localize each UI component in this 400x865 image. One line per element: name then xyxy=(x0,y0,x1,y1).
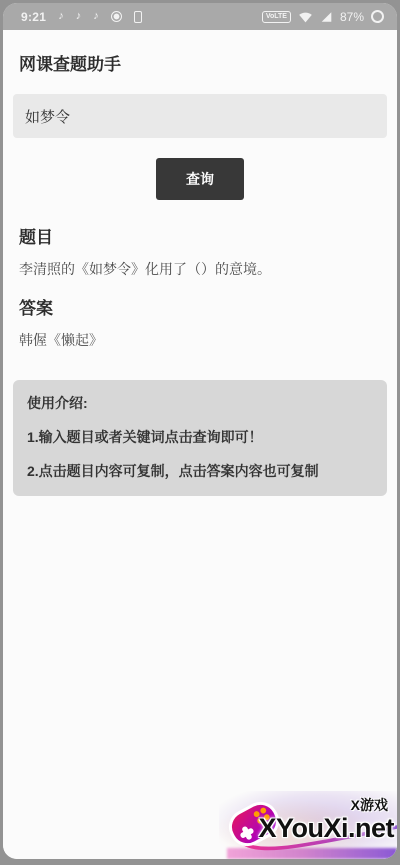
wifi-icon xyxy=(298,11,313,23)
cellular-signal-icon xyxy=(320,11,333,23)
music-note-icon: ♪ xyxy=(58,11,64,22)
status-bar-right: VoLTE 87% xyxy=(262,10,384,24)
music-note-icon: ♪ xyxy=(93,11,99,22)
question-label: 题目 xyxy=(19,226,381,250)
battery-percent: 87% xyxy=(340,10,364,24)
main-content: 网课查题助手 查询 题目 李清照的《如梦令》化用了（）的意境。 答案 韩偓《懒起… xyxy=(3,30,397,859)
usage-intro-title: 使用介绍: xyxy=(27,393,373,413)
usage-intro-line-2: 2.点击题目内容可复制，点击答案内容也可复制 xyxy=(27,461,373,481)
answer-label: 答案 xyxy=(19,297,381,321)
music-note-icon: ♪ xyxy=(76,11,82,22)
question-search-input[interactable] xyxy=(13,94,387,138)
battery-ring-icon xyxy=(371,10,384,23)
site-watermark: X游戏 XYouXi.net xyxy=(219,791,397,859)
notification-icon xyxy=(134,11,142,23)
status-bar: 9:21 ♪ ♪ ♪ VoLTE 87% xyxy=(3,3,397,30)
record-icon xyxy=(111,11,122,22)
watermark-site-link[interactable]: XYouXi.net xyxy=(258,813,394,843)
watermark-tag: X游戏 xyxy=(258,798,394,813)
page-title: 网课查题助手 xyxy=(19,52,381,78)
clock: 9:21 xyxy=(21,10,46,24)
usage-intro-box: 使用介绍: 1.输入题目或者关键词点击查询即可！ 2.点击题目内容可复制，点击答… xyxy=(13,380,387,496)
usage-intro-line-1: 1.输入题目或者关键词点击查询即可！ xyxy=(27,427,373,447)
answer-text[interactable]: 韩偓《懒起》 xyxy=(19,330,381,350)
volte-badge: VoLTE xyxy=(262,11,291,23)
watermark-text-block: X游戏 XYouXi.net xyxy=(258,798,394,843)
query-button[interactable]: 查询 xyxy=(156,158,244,200)
phone-screen: 9:21 ♪ ♪ ♪ VoLTE 87% 网课查题助手 查询 题目 李清照的《如… xyxy=(3,3,397,859)
question-text[interactable]: 李清照的《如梦令》化用了（）的意境。 xyxy=(19,259,381,279)
status-bar-left: 9:21 ♪ ♪ ♪ xyxy=(21,10,142,24)
